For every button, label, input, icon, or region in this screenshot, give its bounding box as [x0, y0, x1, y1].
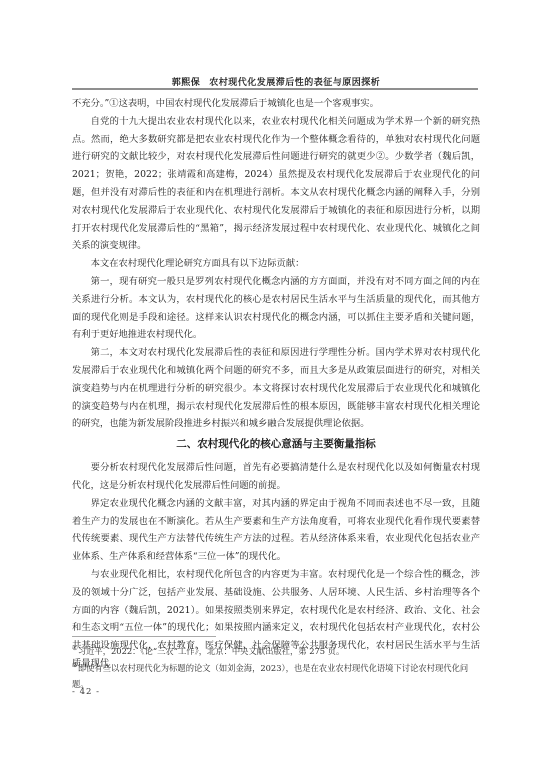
footnote: ②即使有些以农村现代化为标题的论文（如刘金海，2023），也是在农业农村现代化语…: [72, 660, 482, 693]
running-head-title: 农村现代化发展滞后性的表征与原因探析: [209, 78, 380, 88]
header-rule: [72, 88, 478, 90]
paragraph: 界定农业现代化概念内涵的文献丰富，对其内涵的界定由于视角不同而表述也不尽一致，且…: [72, 495, 480, 566]
running-head: 郭熙保农村现代化发展滞后性的表征与原因探析: [72, 75, 480, 88]
paragraph: 第一，现有研究一般只是罗列农村现代化概念内涵的方方面面，并没有对不同方面之间的内…: [72, 273, 480, 344]
footnote-text: 即使有些以农村现代化为标题的论文（如刘金海，2023），也是在农业农村现代化语境…: [72, 663, 468, 690]
footnote-separator: [72, 636, 216, 637]
footnote: ①习近平，2022：《论“三农”工作》，北京：中央文献出版社，第 275 页。: [72, 643, 482, 660]
article-body: 不充分。”①这表明，中国农村现代化发展滞后于城镇化也是一个客观事实。 自党的十九…: [72, 95, 480, 673]
running-head-author: 郭熙保: [172, 78, 201, 88]
page-number: - 42 -: [72, 687, 100, 697]
footnotes: ①习近平，2022：《论“三农”工作》，北京：中央文献出版社，第 275 页。 …: [72, 636, 482, 693]
paragraph: 自党的十九大提出农业农村现代化以来，农业农村现代化相关问题成为学术界一个新的研究…: [72, 113, 480, 255]
paragraph: 第二，本文对农村现代化发展滞后性的表征和原因进行学理性分析。国内学术界对农村现代…: [72, 344, 480, 433]
paragraph: 要分析农村现代化发展滞后性问题，首先有必要搞清楚什么是农村现代化以及如何衡量农村…: [72, 459, 480, 495]
document-page: 郭熙保农村现代化发展滞后性的表征与原因探析 不充分。”①这表明，中国农村现代化发…: [0, 0, 553, 783]
paragraph-continuation: 不充分。”①这表明，中国农村现代化发展滞后于城镇化也是一个客观事实。: [72, 95, 480, 113]
section-heading: 二、农村现代化的核心意涵与主要衡量指标: [72, 437, 480, 452]
paragraph: 本文在农村现代化理论研究方面具有以下边际贡献：: [72, 255, 480, 273]
footnote-text: 习近平，2022：《论“三农”工作》，北京：中央文献出版社，第 275 页。: [78, 646, 344, 656]
